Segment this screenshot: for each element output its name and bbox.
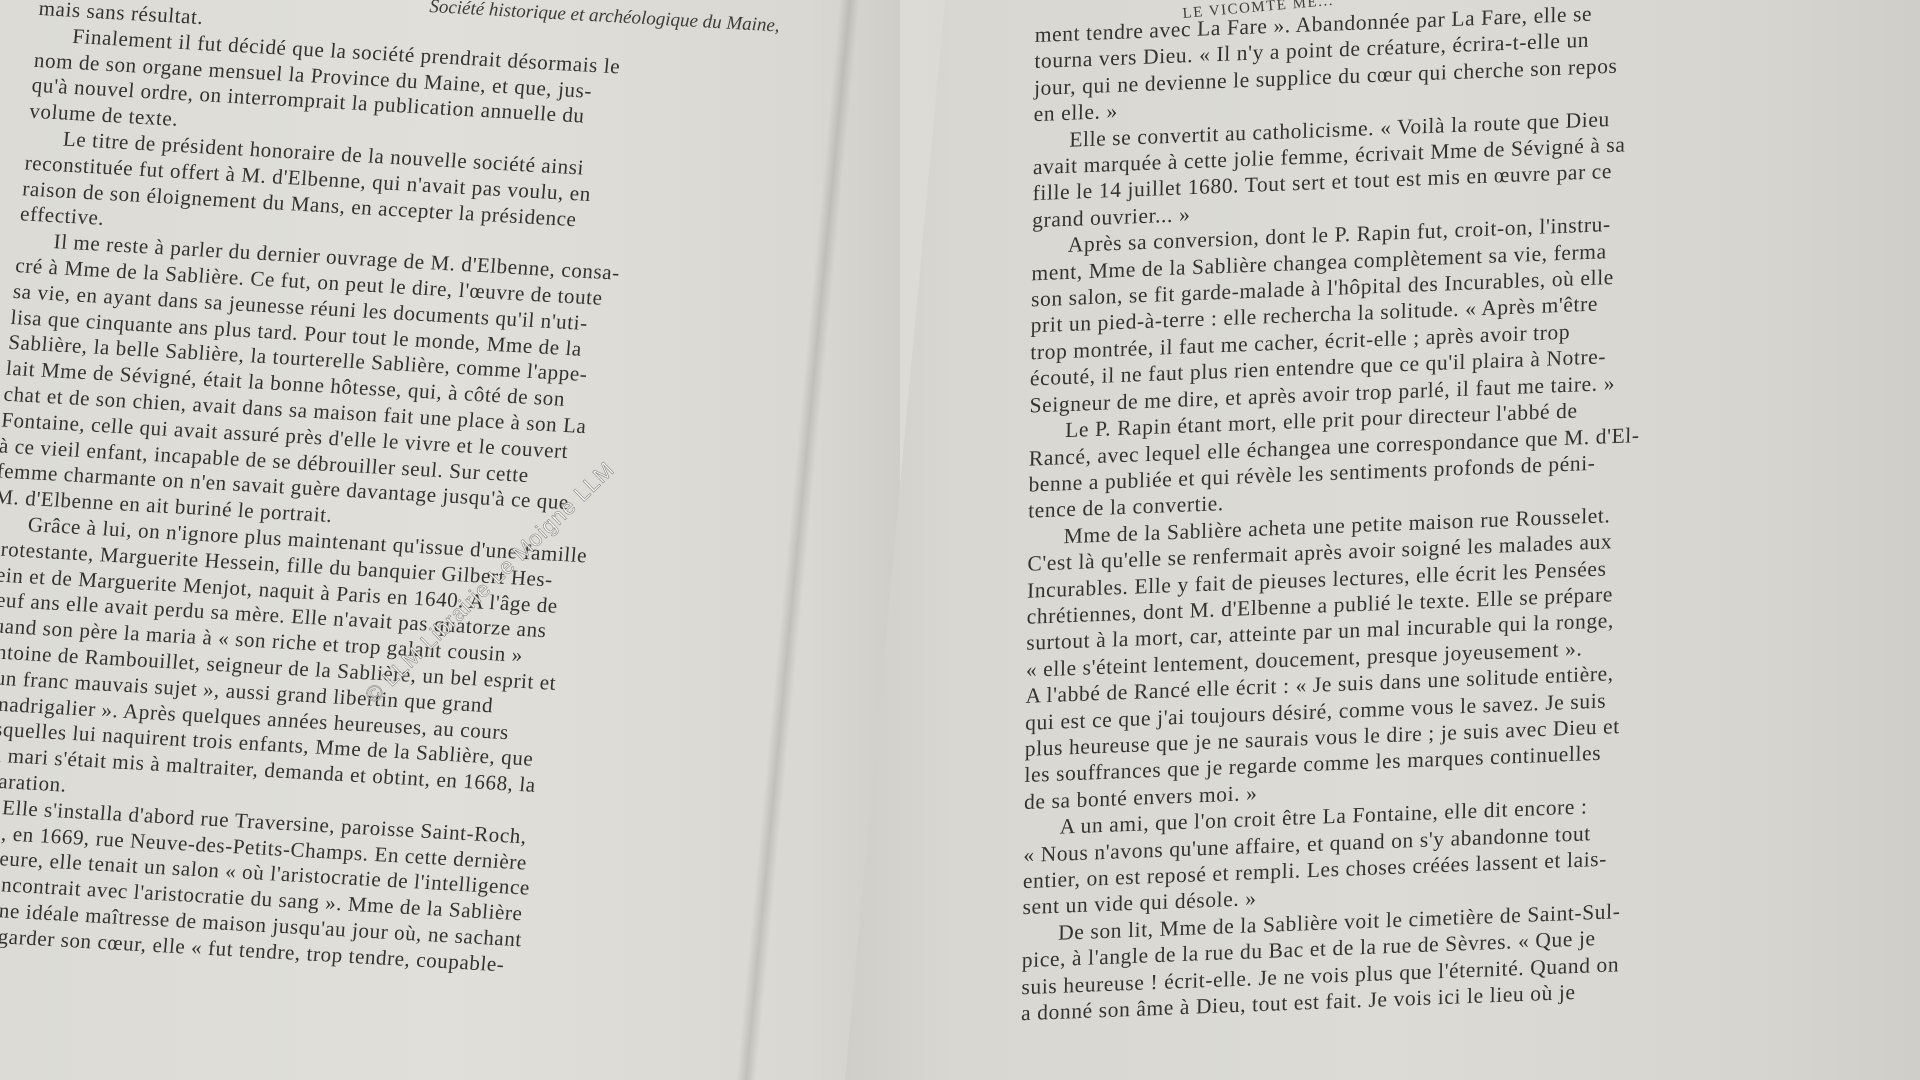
book-spread-photo: Société historique et archéologique du M… xyxy=(0,0,1920,1080)
right-page-body: ment tendre avec La Fare ». Abandonnée p… xyxy=(1021,0,1646,1027)
left-page-body: mais sans résultat.Finalement il fut déc… xyxy=(0,0,642,981)
